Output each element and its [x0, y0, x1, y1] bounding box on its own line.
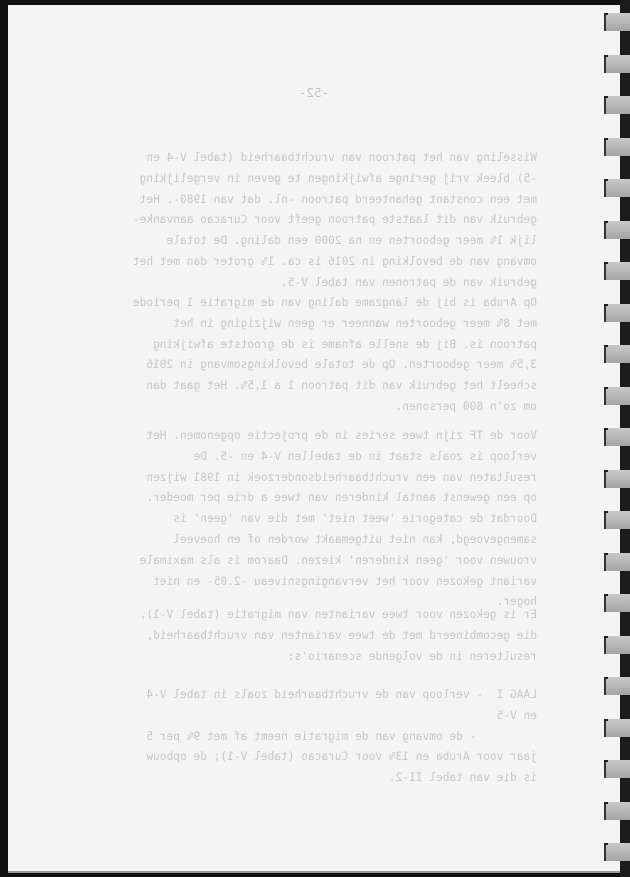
text-line: jaar voor Aruba en 13% voor Curacao (tab…: [113, 747, 537, 768]
binding-loop: [604, 13, 630, 31]
binding-loop: [604, 719, 630, 737]
text-line: Voor de TF zijn twee series in de projec…: [113, 426, 537, 447]
binding-loop: [604, 802, 630, 820]
text-line: met een constant gehanteerd patroon -nl.…: [113, 190, 537, 211]
binding-loop: [604, 553, 630, 571]
binding-loop: [604, 262, 630, 280]
binding-loop: [604, 760, 630, 778]
binding-loop: [604, 387, 630, 405]
mirrored-show-through: -52- Wisseling van het patroon van vruch…: [8, 5, 620, 871]
text-line: resulteren in de volgende scenario's:: [113, 647, 537, 668]
binding-loop: [604, 677, 630, 695]
text-line: gebruik van dit laatste patroon geeft vo…: [113, 210, 537, 231]
text-line: scheelt het gebruik van dit patroon 1 a …: [113, 376, 537, 397]
binding-loop: [604, 345, 630, 363]
binding-loop: [604, 138, 630, 156]
text-line: samengevoegd, kan niet uitgemaakt worden…: [113, 530, 537, 551]
text-line: omvang van de bevolking in 2016 is ca. 1…: [113, 252, 537, 273]
text-line: LAAG I - verloop van de vruchtbaarheid z…: [113, 685, 537, 706]
text-line: resultaten van een vruchtbaarheidsonderz…: [113, 468, 537, 489]
text-line: gebruik van de patronen van tabel V-5.: [113, 273, 537, 294]
text-line: die gecombineerd met de twee varianten v…: [113, 626, 537, 647]
paragraph-fertility-pattern: Wisseling van het patroon van vruchtbaar…: [113, 148, 537, 294]
text-line: op een gewenst aantal kinderen van twee …: [113, 488, 537, 509]
text-line: variant gekozen voor het vervangingsnive…: [113, 572, 537, 593]
text-line: is die van tabel II-2.: [113, 768, 537, 789]
binding-loop: [604, 511, 630, 529]
text-line: en V-5: [113, 706, 537, 727]
text-line: Doordat de categorie 'weet niet' met die…: [113, 509, 537, 530]
binding-loop: [604, 179, 630, 197]
paragraph-scenario-laag-1: LAAG I - verloop van de vruchtbaarheid z…: [113, 685, 537, 789]
text-line: Op Aruba is bij de langzame daling van d…: [113, 293, 537, 314]
text-line: lijk 1% meer geboorten en na 2000 een da…: [113, 231, 537, 252]
text-line: -5) bleek vrij geringe afwijkingen te ge…: [113, 169, 537, 190]
text-line: met 8% meer geboorten wanneer er geen wi…: [113, 314, 537, 335]
binding-loop: [604, 428, 630, 446]
binding-loop: [604, 55, 630, 73]
binding-loop: [604, 470, 630, 488]
text-line: Wisseling van het patroon van vruchtbaar…: [113, 148, 537, 169]
binding-loop: [604, 221, 630, 239]
binding-loop: [604, 304, 630, 322]
spiral-binding: [602, 0, 630, 877]
page-number: -52-: [8, 85, 620, 100]
binding-loop: [604, 636, 630, 654]
paragraph-migration-variants: Er is gekozen voor twee varianten van mi…: [113, 605, 537, 667]
text-line: vrouwen voor 'geen kinderen' kiezen. Daa…: [113, 551, 537, 572]
text-line: 3,5% meer geboorten. Op de totale bevolk…: [113, 355, 537, 376]
text-line: patroon is. Bij de snelle afname is de g…: [113, 335, 537, 356]
binding-loop: [604, 96, 630, 114]
text-line: Er is gekozen voor twee varianten van mi…: [113, 605, 537, 626]
paragraph-aruba: Op Aruba is bij de langzame daling van d…: [113, 293, 537, 418]
text-line: - de omvang van de migratie neemt af met…: [113, 727, 537, 748]
text-line: verloop is zoals staat in de tabellen V-…: [113, 447, 537, 468]
text-line: om zo'n 800 personen.: [113, 397, 537, 418]
binding-loop: [604, 843, 630, 861]
document-page: -52- Wisseling van het patroon van vruch…: [8, 5, 620, 871]
paragraph-tf-series: Voor de TF zijn twee series in de projec…: [113, 426, 537, 613]
binding-loop: [604, 594, 630, 612]
